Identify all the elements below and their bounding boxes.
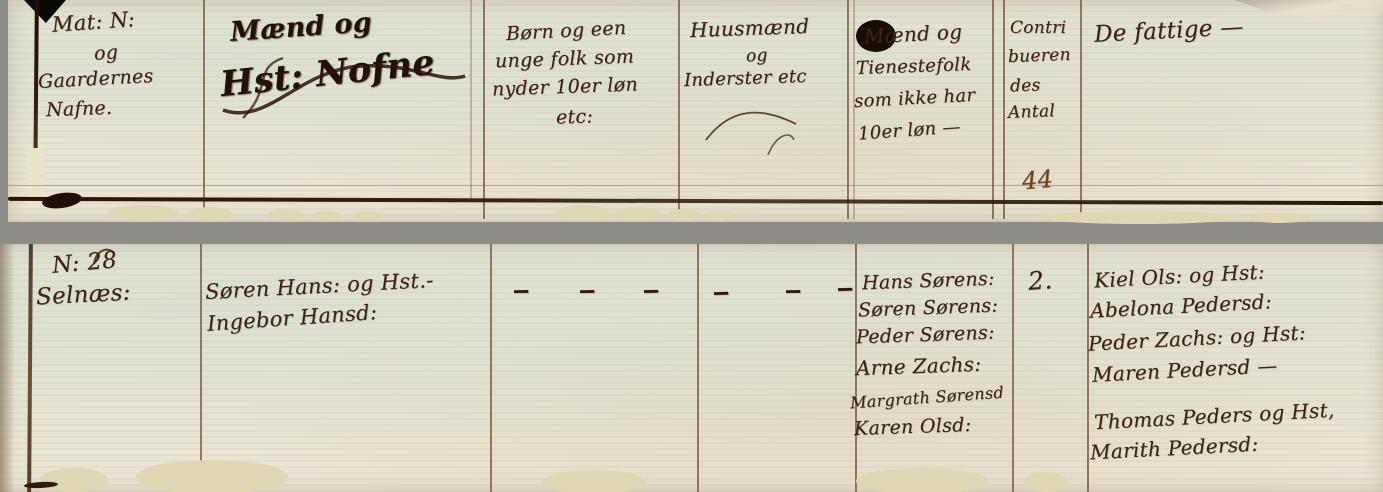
- column-rule: [1087, 244, 1089, 492]
- column-rule: [678, 0, 680, 219]
- header-children-line3: nyder 10er løn: [492, 75, 639, 99]
- record-servant-name: Peder Sørens:: [856, 324, 995, 348]
- header-matr-line2: og: [93, 43, 118, 64]
- column-rule: [490, 244, 492, 492]
- record-farm-name: Selnæs:: [35, 282, 131, 310]
- header-cottagers-line3: Inderster etc: [684, 68, 807, 90]
- whiteout-blob: [556, 205, 610, 221]
- whiteout-blob: [1040, 211, 1240, 224]
- header-cottagers-line2: og: [746, 47, 769, 65]
- header-children-line4: etc:: [556, 107, 594, 127]
- scanned-register-page: Mat: N: og Gaardernes Nafne. Mænd og Hst…: [0, 0, 1383, 492]
- header-children-line1: Børn og een: [506, 19, 627, 44]
- pen-flourish: [698, 100, 818, 160]
- record-poor-name: Thomas Peders og Hst,: [1094, 400, 1335, 433]
- record-household-line1: Søren Hans: og Hst.-: [205, 270, 434, 303]
- whiteout-blob: [1024, 472, 1068, 492]
- ditto-dash: –: [711, 280, 731, 304]
- thin-ruled-line: [8, 185, 1383, 186]
- header-contributors-line3: des: [1010, 77, 1041, 95]
- whiteout-blob: [668, 209, 700, 221]
- record-servant-name: Hans Sørens:: [862, 270, 995, 294]
- column-rule: [483, 0, 485, 219]
- header-servants-line4: 10er løn —: [857, 118, 961, 143]
- whiteout-blob: [704, 211, 732, 221]
- ink-smear: [41, 190, 83, 210]
- column-rule: [200, 244, 202, 492]
- header-matr-line3: Gaardernes: [38, 67, 154, 92]
- ditto-dash: –: [835, 276, 855, 300]
- record-poor-name: Maren Pedersd —: [1092, 355, 1278, 385]
- header-servants-line3: som ikke har: [854, 87, 976, 111]
- whiteout-blob: [108, 205, 178, 221]
- contributors-total-value: 44: [1021, 167, 1054, 194]
- header-children-line2: unge folk som: [495, 48, 635, 72]
- header-servants-line2: Tienestefolk: [856, 56, 972, 78]
- whiteout-blob: [312, 211, 340, 221]
- ditto-dash: –: [784, 278, 803, 302]
- column-rule: [1012, 244, 1014, 492]
- header-contributors-line1: Contri: [1010, 20, 1066, 37]
- record-servant-name: Margrath Sørensd: [850, 385, 1005, 412]
- whiteout-blob: [268, 209, 304, 221]
- ditto-dash: –: [578, 278, 597, 302]
- page-edge-shadow: [0, 244, 14, 492]
- header-contributors-line4: Antal: [1008, 103, 1056, 122]
- record-number: N: 28: [51, 249, 118, 278]
- ditto-dash: –: [512, 278, 531, 302]
- record-poor-name: Marith Pedersd:: [1090, 434, 1259, 463]
- record-servant-name: Arne Zachs:: [856, 354, 982, 378]
- ditto-dash: –: [641, 278, 661, 302]
- header-servants-line1: Mænd og: [864, 21, 963, 46]
- whiteout-blob: [542, 470, 646, 492]
- binding-spine-line: [27, 244, 33, 492]
- header-cottagers-line1: Huusmænd: [690, 16, 810, 40]
- whiteout-blob: [856, 468, 988, 492]
- column-rule: [203, 0, 205, 219]
- record-servant-name: Søren Sørens:: [858, 297, 999, 321]
- whiteout-blob: [188, 207, 232, 221]
- thick-ruled-line: [8, 197, 1383, 205]
- header-strip-paper: Mat: N: og Gaardernes Nafne. Mænd og Hst…: [8, 0, 1383, 222]
- whiteout-blob: [136, 460, 288, 492]
- record-household-line2: Ingebor Hansd:: [206, 302, 377, 335]
- header-poor-line1: De fattige —: [1094, 16, 1245, 47]
- header-contributors-line2: bueren: [1008, 47, 1071, 66]
- column-rule: [1003, 0, 1005, 219]
- column-rule: [1080, 0, 1082, 219]
- pen-flourish: [213, 48, 473, 123]
- record-strip-paper: N: 28 Selnæs: Søren Hans: og Hst.- Ingeb…: [0, 244, 1383, 492]
- header-matr-line1: Mat: N:: [51, 9, 135, 36]
- whiteout-blob: [614, 207, 660, 221]
- whiteout-blob: [40, 468, 108, 492]
- whiteout-blob: [354, 211, 382, 221]
- header-matr-line4: Nafne.: [46, 99, 113, 120]
- record-poor-name: Abelona Pedersd:: [1090, 291, 1273, 320]
- record-poor-name: Kiel Ols: og Hst:: [1094, 262, 1266, 291]
- header-couple-line1: Mænd og: [229, 9, 372, 46]
- paper-fold-crease: [1235, 0, 1383, 30]
- record-servant-name: Karen Olsd:: [854, 416, 972, 439]
- record-contributors-count: 2.: [1027, 267, 1053, 294]
- whiteout-blob: [1250, 213, 1310, 223]
- record-poor-name: Peder Zachs: og Hst:: [1088, 322, 1307, 353]
- column-rule: [992, 0, 994, 219]
- column-rule: [697, 244, 699, 492]
- column-rule: [847, 0, 849, 219]
